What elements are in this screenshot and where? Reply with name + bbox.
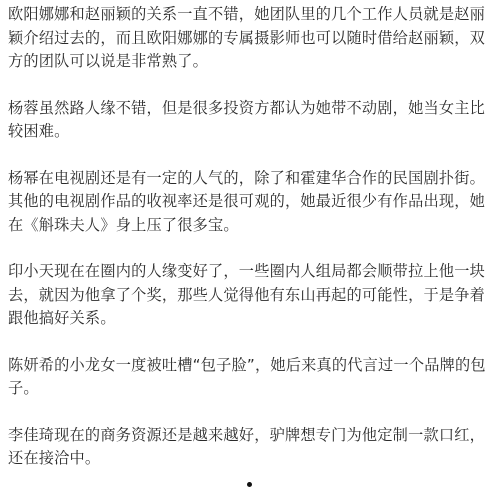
paragraph-yang-mi: 杨幂在电视剧还是有一定的人气的，除了和霍建华合作的民国剧扑街。其他的电视剧作品的… xyxy=(8,167,496,238)
paragraph-ouyang-nana: 欧阳娜娜和赵丽颖的关系一直不错，她团队里的几个工作人员就是赵丽颖介绍过去的，而且… xyxy=(8,3,496,74)
paragraph-yin-xiaotian: 印小天现在在圈内的人缘变好了，一些圈内人组局都会顺带拉上他一块去，就因为他拿了个… xyxy=(8,260,496,331)
paragraph-chen-yanxi: 陈妍希的小龙女一度被吐槽“包子脸”，她后来真的代言过一个品牌的包子。 xyxy=(8,354,496,401)
article-body: 欧阳娜娜和赵丽颖的关系一直不错，她团队里的几个工作人员就是赵丽颖介绍过去的，而且… xyxy=(8,3,496,490)
bullet-dot-icon xyxy=(247,482,252,487)
paragraph-li-jiaqi: 李佳琦现在的商务资源还是越来越好，驴牌想专门为他定制一款口红，还在接洽中。 xyxy=(8,424,496,471)
paragraph-yang-rong: 杨蓉虽然路人缘不错，但是很多投资方都认为她带不动剧，她当女主比较困难。 xyxy=(8,97,496,144)
